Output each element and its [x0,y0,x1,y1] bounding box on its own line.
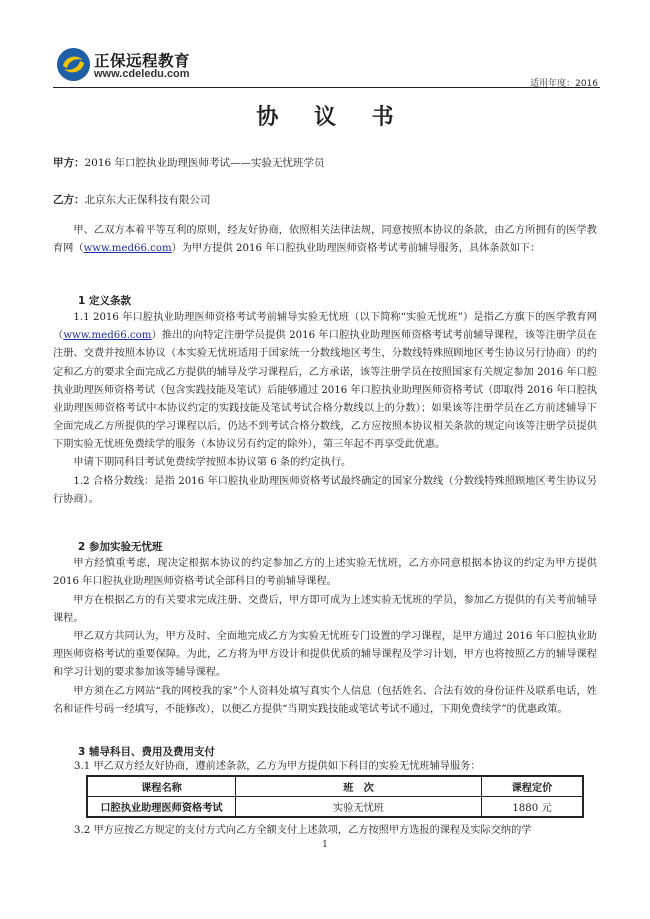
section-1-heading: 1 定义条款 [78,293,131,308]
section-3-clause-3-2: 3.2 甲方应按乙方规定的支付方式向乙方全额支付上述款项，乙方按照甲方选报的课程… [74,822,609,840]
section-2-paragraph-2: 甲方在根据乙方的有关要求完成注册、交费后，甲方即可成为上述实验无忧班的学员，参加… [53,592,597,628]
party-b-label: 乙方： [53,194,85,206]
cell-course-name: 口腔执业助理医师资格考试 [87,797,236,818]
cell-class-type: 实验无忧班 [236,797,482,818]
section-2-heading: 2 参加实验无忧班 [78,539,162,554]
cdel-logo-icon [57,48,90,81]
table-row: 口腔执业助理医师资格考试 实验无忧班 1880 元 [87,797,583,818]
section-1-clause-1-1: 1.1 2016 年口腔执业助理医师资格考试考前辅导实验无忧班（以下简称“实验无… [53,309,597,455]
section-1-clause-1-2: 1.2 合格分数线：是指 2016 年口腔执业助理医师资格考试最终确定的国家分数… [53,473,597,509]
section-2-paragraph-3: 甲乙双方共同认为，甲方及时、全面地完成乙方为实验无忧班专门设置的学习课程，是甲方… [53,628,597,683]
med66-link[interactable]: www.med66.com [63,330,151,341]
section-3-clause-3-1: 3.1 甲乙双方经友好协商，遵前述条款，乙方为甲方提供如下科目的实验无忧班辅导服… [74,758,604,776]
party-a-value: 2016 年口腔执业助理医师考试——实验无忧班学员 [85,157,325,169]
header-price: 课程定价 [482,776,584,797]
fee-table: 课程名称 班 次 课程定价 口腔执业助理医师资格考试 实验无忧班 1880 元 [86,775,584,818]
brand-url: www.cdeledu.com [94,68,190,80]
party-b-value: 北京东大正保科技有限公司 [85,194,211,206]
section-1-renewal-note: 申请下期同科目考试免费续学按照本协议第 6 条的约定执行。 [53,454,597,472]
header-divider [53,87,600,88]
party-a-label: 甲方： [53,157,85,169]
intro-text-continued: ）为甲方提供 2016 年口腔执业助理医师资格考试考前辅导服务，具体条款如下： [172,243,541,254]
section-3-heading: 3 辅导科目、费用及费用支付 [78,744,215,759]
section-2-paragraph-4: 甲方须在乙方网站“我的网校我的家”个人资料处填写真实个人信息（包括姓名、合法有效… [53,683,597,719]
header-course-name: 课程名称 [87,776,236,797]
med66-link[interactable]: www.med66.com [84,243,172,254]
document-title: 协 议 书 [0,100,650,131]
intro-paragraph: 甲、乙双方本着平等互利的原则，经友好协商，依照相关法律法规，同意按照本协议的条款… [53,222,597,258]
clause-text-continued: ）推出的向特定注册学员提供 2016 年口腔执业助理医师资格考试考前辅导课程，该… [53,330,597,450]
section-2-paragraph-1: 甲方经慎重考虑，现决定根据本协议的约定参加乙方的上述实验无忧班，乙方亦同意根据本… [53,555,597,591]
table-header-row: 课程名称 班 次 课程定价 [87,776,583,797]
cell-price: 1880 元 [482,797,584,818]
page-number: 1 [0,840,650,850]
party-b: 乙方：北京东大正保科技有限公司 [53,192,211,207]
header-class-type: 班 次 [236,776,482,797]
party-a: 甲方：2016 年口腔执业助理医师考试——实验无忧班学员 [53,155,325,170]
